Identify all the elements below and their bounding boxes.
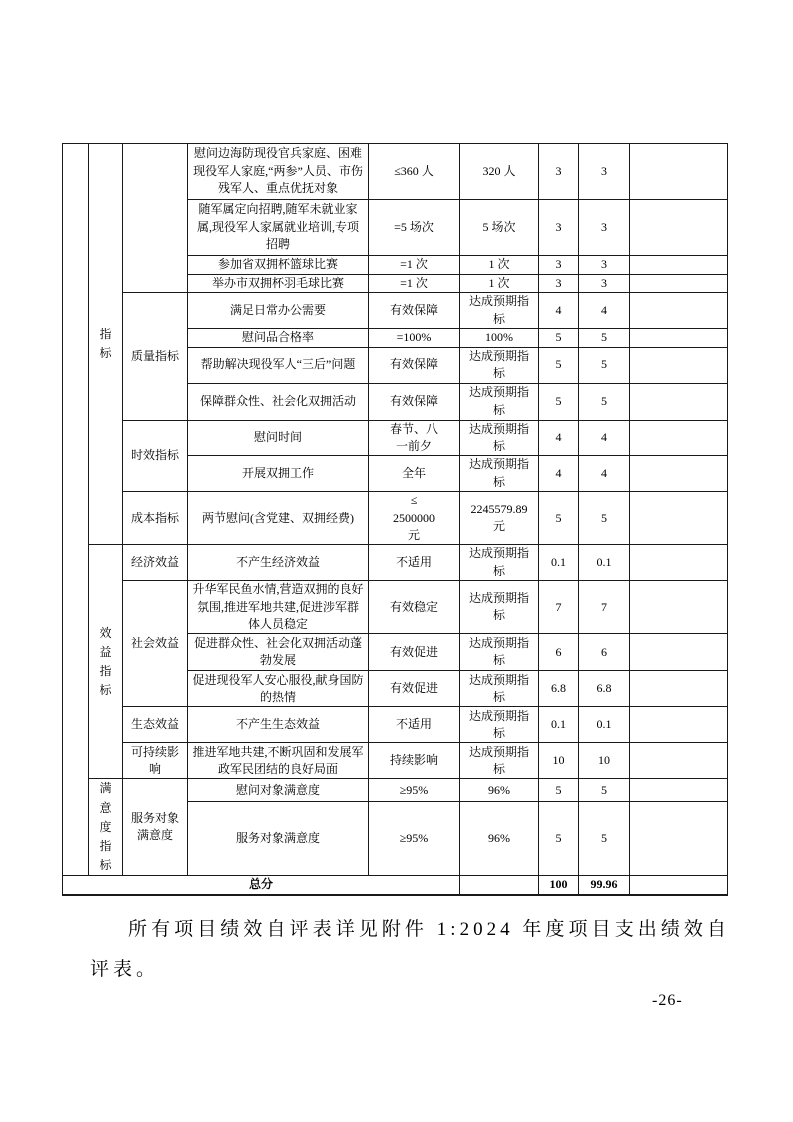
indicator-name: 保障群众性、社会化双拥活动 xyxy=(188,383,369,420)
score-value: 4 xyxy=(539,420,579,456)
target-value: 有效促进 xyxy=(369,671,460,707)
target-value: 有效稳定 xyxy=(369,581,460,634)
score-value: 5 xyxy=(539,492,579,545)
level1-label-text: 效益指标 xyxy=(100,624,112,701)
actual-value: 2245579.89 元 xyxy=(460,492,539,545)
target-value: 不适用 xyxy=(369,545,460,581)
score-value: 3 xyxy=(539,200,579,256)
indicator-name: 开展双拥工作 xyxy=(188,456,369,492)
notes-cell xyxy=(630,420,728,456)
indicator-name: 慰问品合格率 xyxy=(188,329,369,347)
notes-cell xyxy=(630,256,728,275)
notes-cell xyxy=(630,779,728,801)
actual-value: 达成预期指标 xyxy=(460,707,539,743)
actual-value: 达成预期指标 xyxy=(460,456,539,492)
target-value: 持续影响 xyxy=(369,743,460,779)
actual-value: 达成预期指标 xyxy=(460,420,539,456)
self-score-value: 3 xyxy=(579,275,630,293)
level2-group-timeliness: 时效指标 xyxy=(123,420,188,492)
notes-cell xyxy=(630,383,728,420)
level1-label-benefit-indicator: 效益指标 xyxy=(89,545,123,779)
indicator-name: 举办市双拥杯羽毛球比赛 xyxy=(188,275,369,293)
indicator-name: 服务对象满意度 xyxy=(188,801,369,875)
notes-cell xyxy=(630,581,728,634)
score-value: 6.8 xyxy=(539,671,579,707)
level2-group-sustainable: 可持续影响 xyxy=(123,743,188,779)
table-row: 质量指标 满足日常办公需要 有效保障 达成预期指标 4 4 xyxy=(63,293,728,329)
level1-label-text: 指标 xyxy=(100,325,112,363)
notes-cell xyxy=(630,671,728,707)
table-row: 时效指标 慰问时间 春节、八 一前夕 达成预期指标 4 4 xyxy=(63,420,728,456)
score-value: 0.1 xyxy=(539,545,579,581)
indicator-name: 升华军民鱼水情,营造双拥的良好氛围,推进军地共建,促进涉军群体人员稳定 xyxy=(188,581,369,634)
table-row: 可持续影响 推进军地共建,不断巩固和发展军政军民团结的良好局面 持续影响 达成预… xyxy=(63,743,728,779)
score-value: 7 xyxy=(539,581,579,634)
notes-cell xyxy=(630,347,728,383)
actual-value: 100% xyxy=(460,329,539,347)
self-score-value: 3 xyxy=(579,256,630,275)
table-row: 满意度指标 服务对象满意度 慰问对象满意度 ≥95% 96% 5 5 xyxy=(63,779,728,801)
actual-value: 达成预期指标 xyxy=(460,671,539,707)
self-score-value: 4 xyxy=(579,420,630,456)
indicator-name: 满足日常办公需要 xyxy=(188,293,369,329)
self-score-value: 5 xyxy=(579,383,630,420)
total-score: 100 xyxy=(539,876,579,895)
table-row: 效益指标 经济效益 不产生经济效益 不适用 达成预期指标 0.1 0.1 xyxy=(63,545,728,581)
level1-label-text: 满意度指标 xyxy=(100,779,112,875)
score-value: 4 xyxy=(539,456,579,492)
table-row: 成本指标 两节慰问(含党建、双拥经费) ≤ 2500000 元 2245579.… xyxy=(63,492,728,545)
notes-cell xyxy=(630,275,728,293)
notes-cell xyxy=(630,144,728,200)
notes-cell xyxy=(630,200,728,256)
target-value: ≥95% xyxy=(369,779,460,801)
page-number: -26- xyxy=(652,992,683,1010)
actual-value: 320 人 xyxy=(460,144,539,200)
self-score-value: 10 xyxy=(579,743,630,779)
level2-group-quality: 质量指标 xyxy=(123,293,188,420)
indicator-name: 推进军地共建,不断巩固和发展军政军民团结的良好局面 xyxy=(188,743,369,779)
target-value: 有效促进 xyxy=(369,634,460,671)
score-value: 5 xyxy=(539,779,579,801)
total-actual-cell xyxy=(460,876,539,895)
self-score-value: 0.1 xyxy=(579,707,630,743)
level2-group-social: 社会效益 xyxy=(123,581,188,707)
self-score-value: 3 xyxy=(579,144,630,200)
target-value: =5 场次 xyxy=(369,200,460,256)
table-row: 指标 慰问边海防现役官兵家庭、困难现役军人家庭,“两参”人员、市伤残军人、重点优… xyxy=(63,144,728,200)
self-score-value: 4 xyxy=(579,293,630,329)
target-value: 有效保障 xyxy=(369,293,460,329)
score-value: 0.1 xyxy=(539,707,579,743)
level1-label-satisfaction-indicator: 满意度指标 xyxy=(89,779,123,876)
total-label: 总分 xyxy=(63,876,460,895)
notes-cell xyxy=(630,545,728,581)
score-value: 4 xyxy=(539,293,579,329)
level2-group-ecological: 生态效益 xyxy=(123,707,188,743)
target-value: ≤360 人 xyxy=(369,144,460,200)
target-value: 春节、八 一前夕 xyxy=(369,420,460,456)
notes-cell xyxy=(630,634,728,671)
indicator-name: 两节慰问(含党建、双拥经费) xyxy=(188,492,369,545)
target-value: 有效保障 xyxy=(369,347,460,383)
indicator-name: 慰问时间 xyxy=(188,420,369,456)
actual-value: 达成预期指标 xyxy=(460,347,539,383)
notes-cell xyxy=(630,743,728,779)
score-value: 6 xyxy=(539,634,579,671)
target-value: =1 次 xyxy=(369,256,460,275)
notes-cell xyxy=(630,876,728,895)
self-score-value: 6 xyxy=(579,634,630,671)
indicator-name: 帮助解决现役军人“三后”问题 xyxy=(188,347,369,383)
self-score-value: 5 xyxy=(579,329,630,347)
notes-cell xyxy=(630,329,728,347)
notes-cell xyxy=(630,456,728,492)
level2-group-service-object: 服务对象满意度 xyxy=(123,779,188,876)
self-score-value: 6.8 xyxy=(579,671,630,707)
target-value: 全年 xyxy=(369,456,460,492)
self-score-value: 0.1 xyxy=(579,545,630,581)
score-value: 3 xyxy=(539,275,579,293)
indicator-name: 不产生生态效益 xyxy=(188,707,369,743)
actual-value: 5 场次 xyxy=(460,200,539,256)
self-score-value: 5 xyxy=(579,801,630,875)
document-page: 指标 慰问边海防现役官兵家庭、困难现役军人家庭,“两参”人员、市伤残军人、重点优… xyxy=(0,0,793,1122)
indicator-name: 促进群众性、社会化双拥活动蓬勃发展 xyxy=(188,634,369,671)
table-row: 社会效益 升华军民鱼水情,营造双拥的良好氛围,推进军地共建,促进涉军群体人员稳定… xyxy=(63,581,728,634)
actual-value: 达成预期指标 xyxy=(460,293,539,329)
indicator-name: 慰问对象满意度 xyxy=(188,779,369,801)
actual-value: 1 次 xyxy=(460,275,539,293)
target-value: ≤ 2500000 元 xyxy=(369,492,460,545)
notes-cell xyxy=(630,801,728,875)
indicator-name: 参加省双拥杯篮球比赛 xyxy=(188,256,369,275)
self-score-value: 7 xyxy=(579,581,630,634)
level2-group-economic: 经济效益 xyxy=(123,545,188,581)
performance-evaluation-table: 指标 慰问边海防现役官兵家庭、困难现役军人家庭,“两参”人员、市伤残军人、重点优… xyxy=(62,143,728,896)
level2-group-cost: 成本指标 xyxy=(123,492,188,545)
total-self-score: 99.96 xyxy=(579,876,630,895)
actual-value: 达成预期指标 xyxy=(460,581,539,634)
score-value: 3 xyxy=(539,256,579,275)
actual-value: 达成预期指标 xyxy=(460,383,539,420)
self-score-value: 4 xyxy=(579,456,630,492)
total-row: 总分 100 99.96 xyxy=(63,876,728,895)
self-score-value: 3 xyxy=(579,200,630,256)
actual-value: 达成预期指标 xyxy=(460,634,539,671)
notes-cell xyxy=(630,492,728,545)
notes-cell xyxy=(630,707,728,743)
indicator-name: 慰问边海防现役官兵家庭、困难现役军人家庭,“两参”人员、市伤残军人、重点优抚对象 xyxy=(188,144,369,200)
actual-value: 1 次 xyxy=(460,256,539,275)
score-value: 3 xyxy=(539,144,579,200)
indicator-name: 不产生经济效益 xyxy=(188,545,369,581)
table-row: 生态效益 不产生生态效益 不适用 达成预期指标 0.1 0.1 xyxy=(63,707,728,743)
target-value: =100% xyxy=(369,329,460,347)
target-value: ≥95% xyxy=(369,801,460,875)
score-value: 5 xyxy=(539,329,579,347)
self-score-value: 5 xyxy=(579,779,630,801)
score-value: 5 xyxy=(539,347,579,383)
outer-margin-cell xyxy=(63,144,89,876)
indicator-name: 随军属定向招聘,随军未就业家属,现役军人家属就业培训,专项招聘 xyxy=(188,200,369,256)
score-value: 5 xyxy=(539,801,579,875)
level2-group-quantity xyxy=(123,144,188,293)
actual-value: 96% xyxy=(460,801,539,875)
self-score-value: 5 xyxy=(579,492,630,545)
target-value: 不适用 xyxy=(369,707,460,743)
closing-paragraph: 所有项目绩效自评表详见附件 1:2024 年度项目支出绩效自评表。 xyxy=(90,910,730,990)
score-value: 10 xyxy=(539,743,579,779)
indicator-name: 促进现役军人安心服役,献身国防的热情 xyxy=(188,671,369,707)
notes-cell xyxy=(630,293,728,329)
actual-value: 96% xyxy=(460,779,539,801)
level1-label-output-indicator: 指标 xyxy=(89,144,123,545)
actual-value: 达成预期指标 xyxy=(460,545,539,581)
score-value: 5 xyxy=(539,383,579,420)
actual-value: 达成预期指标 xyxy=(460,743,539,779)
target-value: 有效保障 xyxy=(369,383,460,420)
self-score-value: 5 xyxy=(579,347,630,383)
target-value: =1 次 xyxy=(369,275,460,293)
